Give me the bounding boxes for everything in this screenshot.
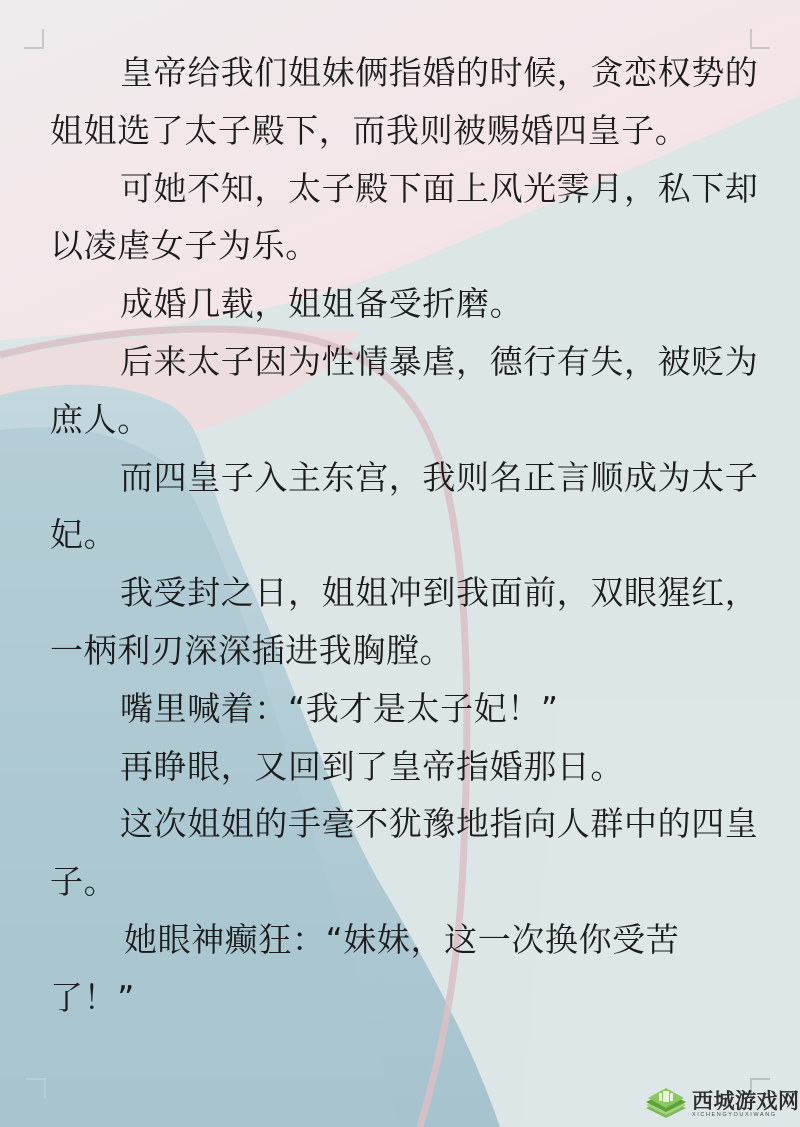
paragraph-5: 而四皇子入主东宫，我则名正言顺成为太子妃。 (50, 449, 760, 565)
paragraph-7: 嘴里喊着：“我才是太子妃！” (50, 680, 760, 738)
leaf-layers-logo-icon (644, 1086, 688, 1122)
paragraph-4: 后来太子因为性情暴虐，德行有失，被贬为庶人。 (50, 333, 760, 449)
corner-mark-top-left (24, 29, 44, 49)
watermark-subtitle: XICHENGYOUXIWANG (692, 1113, 800, 1119)
paragraph-3: 成婚几载，姐姐备受折磨。 (50, 275, 760, 333)
paragraph-10: 她眼神癫狂：“妹妹，这一次换你受苦了！” (50, 911, 760, 1027)
story-text: 皇帝给我们姐妹俩指婚的时候，贪恋权势的姐姐选了太子殿下，而我则被赐婚四皇子。 可… (50, 44, 760, 1027)
paragraph-6: 我受封之日，姐姐冲到我面前，双眼猩红，一柄利刃深深插进我胸膛。 (50, 564, 760, 680)
paragraph-8: 再睁眼，又回到了皇帝指婚那日。 (50, 738, 760, 796)
paragraph-2: 可她不知，太子殿下面上风光霁月，私下却以凌虐女子为乐。 (50, 160, 760, 276)
paragraph-9: 这次姐姐的手毫不犹豫地指向人群中的四皇子。 (50, 795, 760, 911)
watermark-title: 西城游戏网 (692, 1090, 800, 1111)
paragraph-1: 皇帝给我们姐妹俩指婚的时候，贪恋权势的姐姐选了太子殿下，而我则被赐婚四皇子。 (50, 44, 760, 160)
corner-mark-bottom-left (26, 1078, 46, 1098)
site-watermark: 西城游戏网 XICHENGYOUXIWANG (644, 1086, 800, 1122)
